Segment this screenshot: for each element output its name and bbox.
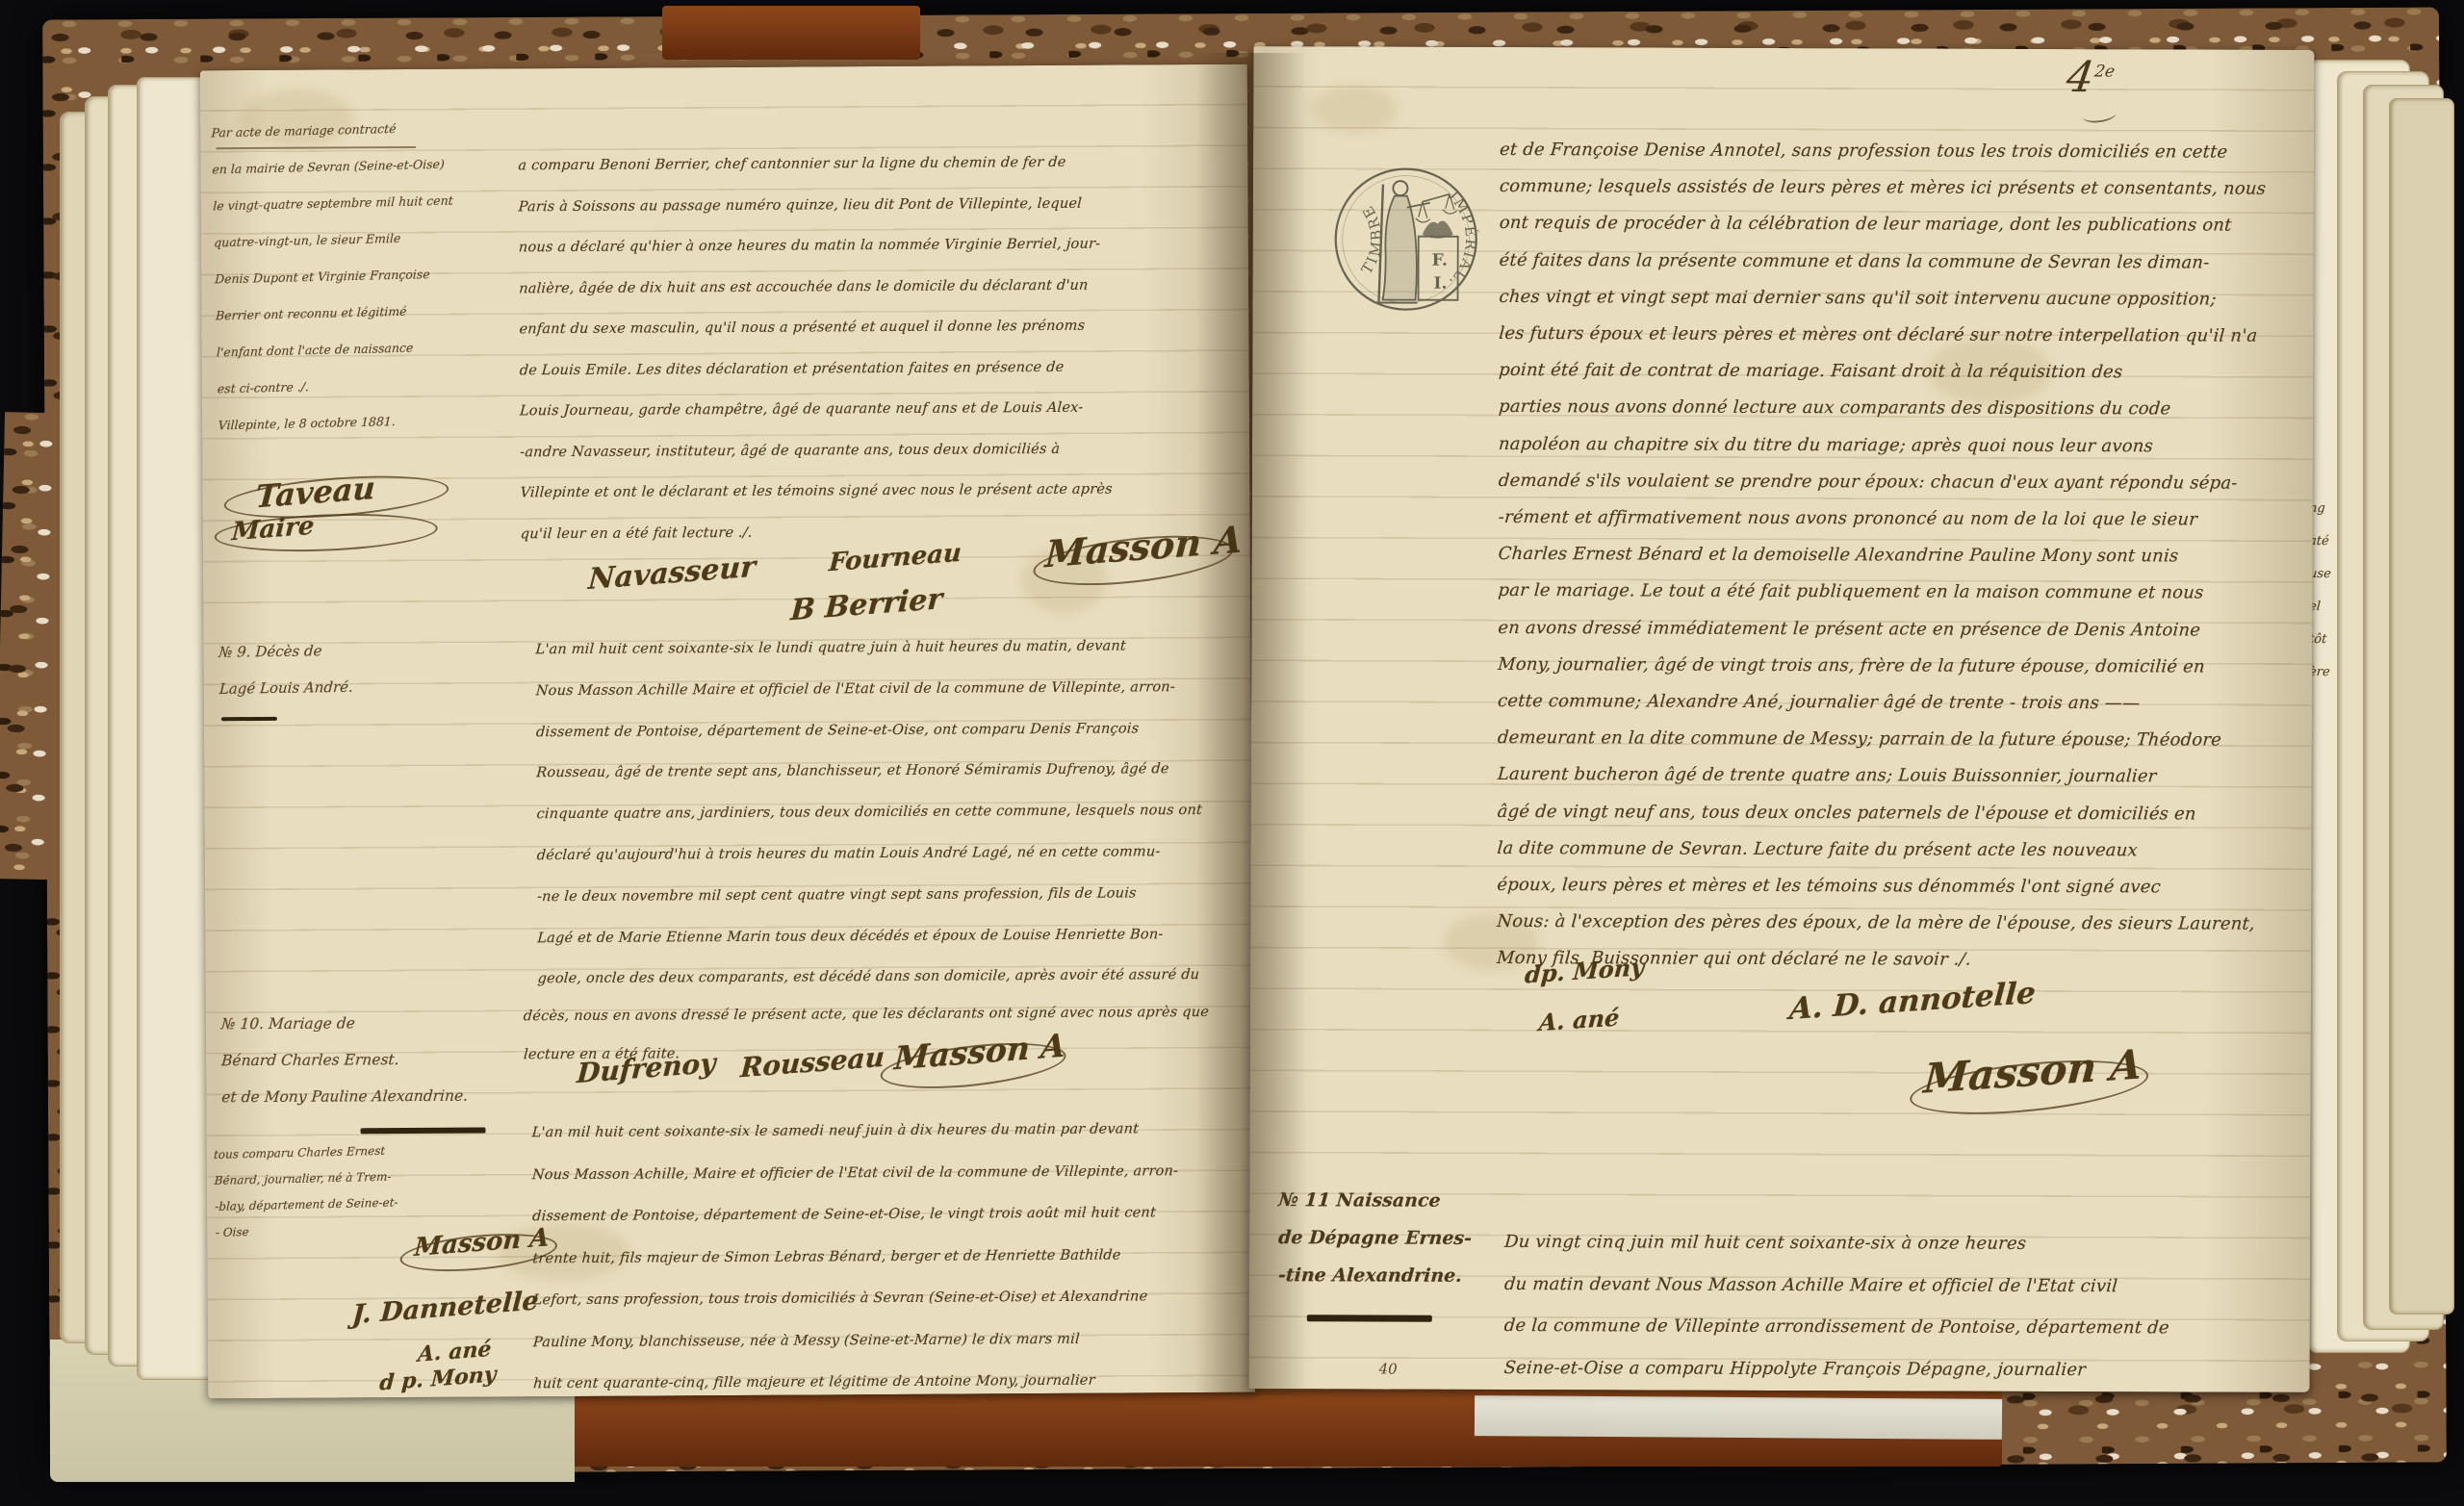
handwritten-line: et de Mony Pauline Alexandrine.	[220, 1078, 469, 1116]
book-gutter-shadow	[1195, 53, 1307, 1395]
act9-body: L'an mil huit cent soixante-six le lundi…	[535, 625, 1203, 1000]
timbre-imperial-stamp: TIMBRE IMPÉRIAL. F. I.	[1322, 147, 1491, 331]
margin-act9-death: № 9. Décès deLagé Louis André.	[218, 632, 353, 707]
handwritten-line: cinquante quatre ans, jardiniers, tous d…	[535, 790, 1203, 835]
signature-berrier: B Berrier	[789, 582, 943, 627]
handwritten-line: décès, nous en avons dressé le présent a…	[523, 993, 1211, 1035]
handwritten-line: Charles Ernest Bénard et la demoiselle A…	[1497, 536, 2266, 575]
signature-navasseur: Navasseur	[587, 550, 757, 597]
handwritten-line: nous a déclaré qu'hier à onze heures du …	[518, 224, 1113, 268]
handwritten-line: du matin devant Nous Masson Achille Mair…	[1502, 1264, 2170, 1308]
handwritten-line: Laurent bucheron âgé de trente quatre an…	[1496, 756, 2265, 796]
handwritten-line: les futurs époux et leurs pères et mères…	[1498, 316, 2267, 355]
handwritten-line: Denis Dupont et Virginie Françoise	[214, 256, 455, 298]
folio-number: 42e	[2064, 53, 2117, 102]
handwritten-line: L'an mil huit cent soixante-six le lundi…	[534, 625, 1202, 671]
handwritten-line: déclaré qu'aujourd'hui à trois heures du…	[535, 831, 1203, 877]
handwritten-line: a comparu Benoni Berrier, chef cantonnie…	[517, 142, 1112, 187]
handwritten-line: Paris à Soissons au passage numéro quinz…	[517, 183, 1112, 227]
handwritten-line: napoléon au chapitre six du titre du mar…	[1498, 426, 2267, 466]
margin-act11-birth: № 11 Naissancede Dépagne Ernes--tine Ale…	[1278, 1182, 1472, 1295]
act11-body: Du vingt cinq juin mil huit cent soixant…	[1504, 1221, 2170, 1391]
handwritten-line: ont requis de procéder à la célébration …	[1498, 205, 2267, 244]
margin-act9-dash	[221, 717, 277, 721]
handwritten-line: dissement de Pontoise, département de Se…	[535, 708, 1203, 753]
handwritten-line: Lagé et de Marie Etienne Marin tous deux…	[536, 914, 1204, 959]
handwritten-line: Louis Journeau, garde champêtre, âgé de …	[519, 388, 1114, 432]
margin-signature-mony: d p. Mony	[378, 1362, 497, 1395]
handwritten-line: qu'il leur en a été fait lecture ./.	[519, 510, 1114, 554]
signature-ane: A. ané	[1538, 1003, 1621, 1036]
act10-continued-body: et de Françoise Denise Annotel, sans pro…	[1497, 132, 2266, 980]
sheet-number: 40	[1379, 1361, 1398, 1378]
handwritten-line: demeurant en la dite commune de Messy; p…	[1497, 720, 2266, 759]
svg-text:IMPÉRIAL.: IMPÉRIAL.	[1445, 188, 1479, 292]
handwritten-line: de la commune de Villepinte arrondisseme…	[1502, 1305, 2170, 1349]
handwritten-line: la dite commune de Sevran. Lecture faite…	[1496, 830, 2265, 870]
leather-spine-top	[662, 6, 920, 60]
act-birth-body: a comparu Benoni Berrier, chef cantonnie…	[518, 142, 1113, 555]
folio-number-main: 4	[2064, 53, 2097, 102]
handwritten-line: № 10. Mariage de	[220, 1005, 469, 1043]
handwritten-line: l'enfant dont l'acte de naissance	[216, 328, 457, 370]
handwritten-line: été faites dans la présente commune et d…	[1498, 242, 2267, 282]
handwritten-line: et de Françoise Denise Annotel, sans pro…	[1499, 132, 2268, 171]
act10-marriage-body: L'an mil huit cent soixante-six le samed…	[531, 1109, 1179, 1398]
handwritten-line: Villepinte et ont le déclarant et les té…	[519, 470, 1114, 514]
handwritten-line: Nous Masson Achille Maire et officiel de…	[534, 667, 1202, 712]
handwritten-line: - Oise	[215, 1215, 398, 1246]
handwritten-line: Lagé Louis André.	[218, 669, 354, 707]
handwritten-line: Nous: à l'exception des pères des époux,…	[1496, 904, 2265, 943]
handwritten-line: -ne le deux novembre mil sept cent quatr…	[536, 873, 1204, 918]
handwritten-line: huit cent quarante-cinq, fille majeure e…	[532, 1360, 1181, 1398]
handwritten-line: Pauline Mony, blanchisseuse, née à Messy…	[531, 1318, 1180, 1365]
bottom-fore-edge	[1475, 1395, 2002, 1440]
handwritten-line: Par acte de mariage contracté	[211, 110, 452, 152]
handwritten-line: Nous Masson Achille, Maire et officier d…	[530, 1151, 1179, 1197]
handwritten-line: L'an mil huit cent soixante-six le samed…	[530, 1109, 1179, 1155]
register-left-page: Par acte de mariage contractéen la mairi…	[200, 64, 1255, 1399]
handwritten-line: dissement de Pontoise, département de Se…	[531, 1192, 1180, 1238]
signature-annotelle: A. D. annotelle	[1788, 976, 2037, 1027]
handwritten-line: Seine-et-Oise a comparu Hippolyte Franço…	[1502, 1347, 2170, 1391]
handwritten-line: ches vingt et vingt sept mai dernier san…	[1498, 279, 2267, 319]
handwritten-line: nalière, âgée de dix huit ans est accouc…	[518, 265, 1113, 309]
photograph-background: ngatéuseeltôtère Par acte de mariage con…	[0, 0, 2464, 1506]
stamp-text-imperial: IMPÉRIAL.	[1445, 188, 1479, 292]
handwritten-line: Berrier ont reconnu et légitimé	[215, 293, 456, 335]
handwritten-line: № 9. Décès de	[218, 632, 353, 671]
register-right-page: 42e TIMBRE IMPÉRIAL.	[1249, 46, 2315, 1392]
handwritten-line: point été fait de contrat de mariage. Fa…	[1498, 352, 2267, 392]
handwritten-line: parties nous avons donné lecture aux com…	[1498, 389, 2267, 428]
handwritten-line: époux, leurs pères et mères et les témoi…	[1496, 867, 2265, 906]
handwritten-line: commune; lesquels assistés de leurs père…	[1499, 168, 2268, 208]
handwritten-line: Lefort, sans profession, tous trois domi…	[531, 1276, 1180, 1322]
handwritten-line: de Louis Emile. Les dites déclaration et…	[518, 346, 1113, 391]
margin-act10-rule	[361, 1128, 486, 1135]
handwritten-line: âgé de vingt neuf ans, tous deux oncles …	[1496, 794, 2265, 833]
handwritten-line: cette commune; Alexandre Ané, journalier…	[1497, 683, 2266, 723]
handwritten-line: quatre-vingt-un, le sieur Emile	[213, 219, 454, 262]
handwritten-line: -andre Navasseur, instituteur, âgé de qu…	[519, 428, 1114, 472]
handwritten-line: -rément et affirmativement nous avons pr…	[1497, 499, 2266, 539]
handwritten-line: le vingt-quatre septembre mil huit cent	[212, 183, 453, 225]
handwritten-line: Mony, journalier, âgé de vingt trois ans…	[1497, 647, 2266, 686]
handwritten-line: en avons dressé immédiatement le présent…	[1497, 610, 2266, 650]
handwritten-line: en la mairie de Sevran (Seine-et-Oise)	[212, 146, 453, 189]
handwritten-line: est ci-contre ./.	[217, 365, 458, 407]
handwritten-line: demandé s'ils voulaient se prendre pour …	[1497, 463, 2266, 502]
handwritten-line: Du vingt cinq juin mil huit cent soixant…	[1503, 1221, 2171, 1265]
handwritten-line: trente huit, fils majeur de Simon Lebras…	[531, 1235, 1180, 1281]
handwritten-line: Bénard Charles Ernest.	[220, 1041, 469, 1080]
handwritten-line: par le mariage. Le tout a été fait publi…	[1497, 573, 2266, 612]
margin-act10-note: tous comparu Charles ErnestBénard, journ…	[214, 1137, 399, 1245]
handwritten-line: Rousseau, âgé de trente sept ans, blanch…	[535, 749, 1203, 794]
handwritten-line: Villepinte, le 8 octobre 1881.	[218, 401, 459, 444]
page-edge-stack-right-4	[2389, 98, 2454, 1315]
stamp-cipher-i: I.	[1434, 274, 1448, 294]
margin-note-legitimation: Par acte de mariage contractéen la mairi…	[211, 110, 458, 445]
stamp-cipher-f: F.	[1432, 251, 1448, 270]
margin-signature-dannetelle: J. Dannetelle	[351, 1286, 540, 1330]
margin-act11-rule	[1307, 1315, 1432, 1321]
folio-flourish	[2082, 107, 2117, 124]
margin-act10-marriage: № 10. Mariage deBénard Charles Ernest.et…	[221, 1005, 469, 1116]
handwritten-line: enfant du sexe masculin, qu'il nous a pr…	[518, 306, 1113, 350]
folio-number-superscript: 2e	[2093, 62, 2117, 81]
